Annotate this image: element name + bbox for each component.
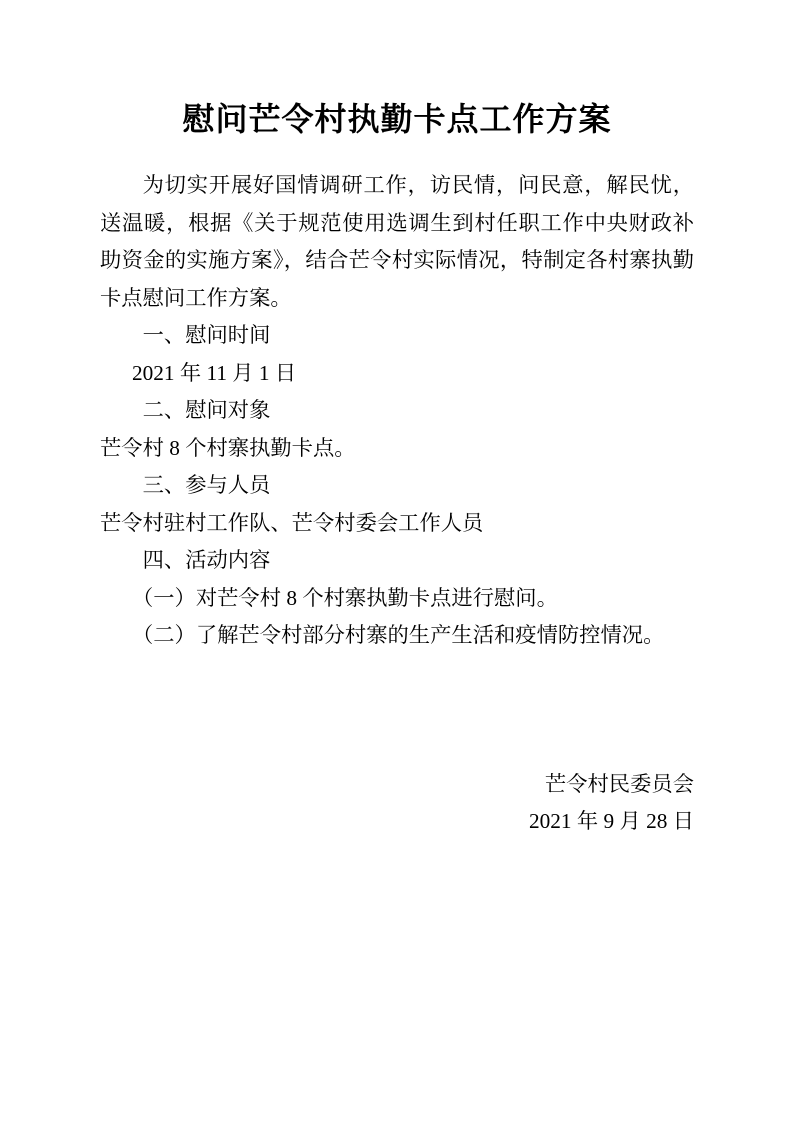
section-heading-3: 三、参与人员	[100, 467, 694, 505]
section-heading-1: 一、慰问时间	[100, 317, 694, 355]
section-heading-4: 四、活动内容	[100, 542, 694, 580]
section-1-content-date: 2021 年 11 月 1 日	[100, 355, 694, 393]
signature-block: 芒令村民委员会 2021 年 9 月 28 日	[100, 766, 694, 841]
document-page: 慰问芒令村执勤卡点工作方案 为切实开展好国情调研工作，访民情，问民意，解民忧，送…	[0, 0, 794, 1122]
section-4-item-1: （一）对芒令村 8 个村寨执勤卡点进行慰问。	[100, 580, 694, 618]
document-title: 慰问芒令村执勤卡点工作方案	[100, 0, 694, 141]
paragraph-intro: 为切实开展好国情调研工作，访民情，问民意，解民忧，送温暖，根据《关于规范使用选调…	[100, 167, 694, 317]
section-2-content: 芒令村 8 个村寨执勤卡点。	[100, 430, 694, 468]
document-body: 为切实开展好国情调研工作，访民情，问民意，解民忧，送温暖，根据《关于规范使用选调…	[100, 167, 694, 655]
signature-date: 2021 年 9 月 28 日	[100, 803, 694, 841]
section-4-item-2: （二）了解芒令村部分村寨的生产生活和疫情防控情况。	[100, 617, 694, 655]
section-3-content: 芒令村驻村工作队、芒令村委会工作人员	[100, 505, 694, 543]
signature-org-name: 芒令村民委员会	[100, 766, 694, 804]
section-heading-2: 二、慰问对象	[100, 392, 694, 430]
